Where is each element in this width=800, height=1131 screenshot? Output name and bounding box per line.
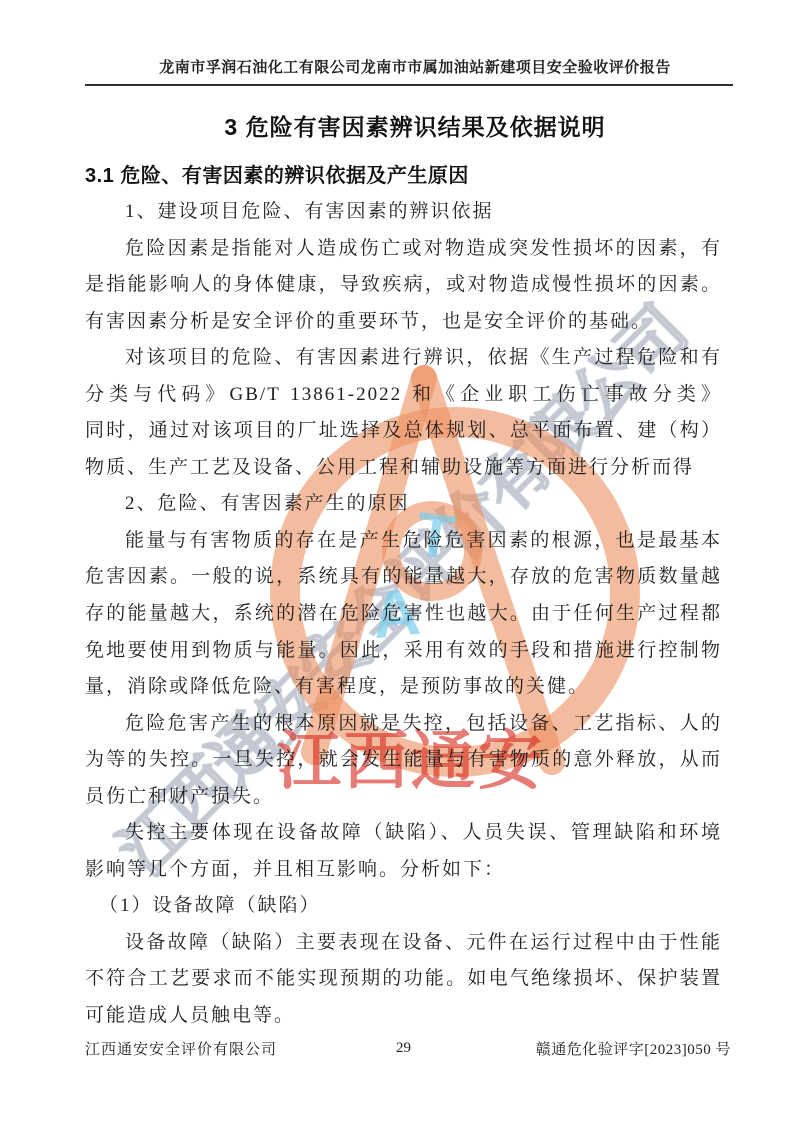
body-line: 是指能影响人的身体健康，导致疾病，或对物造成慢性损坏的因素。危险、	[85, 267, 722, 304]
body-line: 存的能量越大，系统的潜在危险危害性也越大。由于任何生产过程都不可避	[85, 596, 722, 633]
body-line: 量，消除或降低危险、有害程度，是预防事故的关健。	[85, 669, 722, 706]
body-line: 物质、生产工艺及设备、公用工程和辅助设施等方面进行分析而得出。	[85, 450, 722, 487]
footer-doc-number: 赣通危化验评字[2023]050 号	[536, 1038, 731, 1059]
chapter-title: 3 危险有害因素辨识结果及依据说明	[85, 109, 745, 142]
body-line: 为等的失控。一旦失控，就会发生能量与有害物质的意外释放，从而造成人	[85, 742, 722, 779]
body-line: 失控主要体现在设备故障（缺陷）、人员失误、管理缺陷和环境的不良	[85, 815, 722, 852]
body-line: 设备故障（缺陷）主要表现在设备、元件在运行过程中由于性能低下或	[85, 925, 722, 962]
body-line: 影响等几个方面，并且相互影响。分析如下：	[85, 852, 722, 889]
body-line: 1、建设项目危险、有害因素的辨识依据	[85, 194, 722, 231]
body-line: 可能造成人员触电等。	[85, 998, 722, 1035]
body-line: 能量与有害物质的存在是产生危险危害因素的根源，也是最基本的危险	[85, 523, 722, 560]
body-line: 危险危害产生的根本原因就是失控，包括设备、工艺指标、人的作业行	[85, 706, 722, 743]
body-text-block: 1、建设项目危险、有害因素的辨识依据 危险因素是指能对人造成伤亡或对物造成突发性…	[85, 194, 722, 1035]
section-heading: 3.1 危险、有害因素的辨识依据及产生原因	[85, 159, 745, 188]
page-footer: 江西通安安全评价有限公司 29 赣通危化验评字[2023]050 号	[0, 1038, 800, 1062]
body-line: 免地要使用到物质与能量。因此，采用有效的手段和措施进行控制物质与能	[85, 633, 722, 670]
body-line: 危害因素。一般的说，系统具有的能量越大，存放的危害物质数量越多，储	[85, 559, 722, 596]
body-line: （1）设备故障（缺陷）	[85, 888, 722, 925]
page-header-title: 龙南市孚润石油化工有限公司龙南市市属加油站新建项目安全验收评价报告	[85, 56, 745, 77]
document-content: 龙南市孚润石油化工有限公司龙南市市属加油站新建项目安全验收评价报告 3 危险有害…	[0, 0, 800, 1131]
header-rule	[85, 84, 733, 86]
body-line: 员伤亡和财产损失。	[85, 779, 722, 816]
report-page: 江西通安安全评价有限公司 T A 江西通安 龙南市孚润石油化工有限公司龙南市市属…	[0, 0, 800, 1131]
body-line: 有害因素分析是安全评价的重要环节，也是安全评价的基础。	[85, 304, 722, 341]
body-line: 分类与代码》GB/T 13861-2022 和《企业职工伤亡事故分类》GB644…	[85, 377, 722, 414]
body-line: 同时，通过对该项目的厂址选择及总体规划、总平面布置、建（构）筑物、	[85, 413, 722, 450]
body-line: 对该项目的危险、有害因素进行辨识，依据《生产过程危险和有害因素	[85, 340, 722, 377]
body-line: 危险因素是指能对人造成伤亡或对物造成突发性损坏的因素，有害因素	[85, 231, 722, 268]
body-line: 不符合工艺要求而不能实现预期的功能。如电气绝缘损坏、保护装置失效等	[85, 961, 722, 998]
body-line: 2、危险、有害因素产生的原因	[85, 486, 722, 523]
